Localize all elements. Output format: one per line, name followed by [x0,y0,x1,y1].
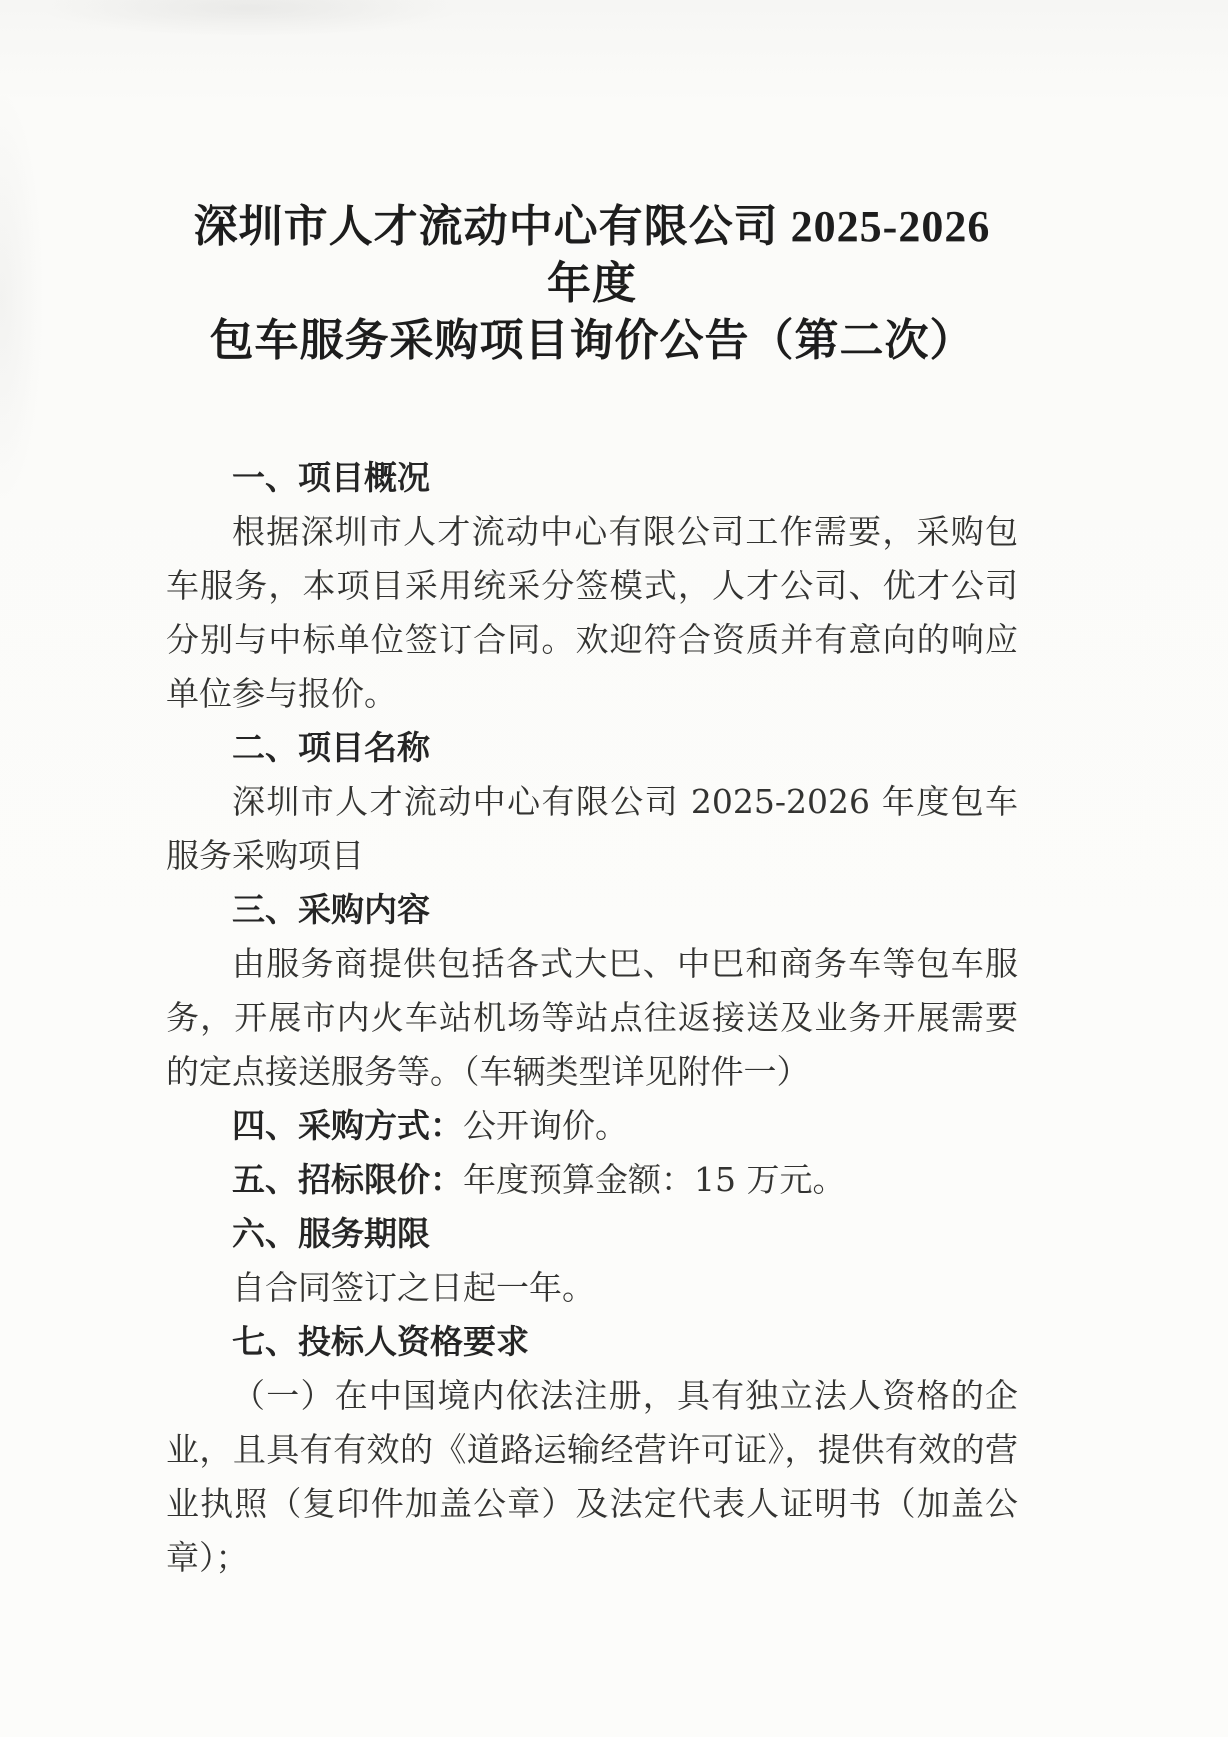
section-heading-project-overview: 一、项目概况 [166,451,1018,505]
paragraph-project-name: 深圳市人才流动中心有限公司 2025-2026 年度包车服务采购项目 [166,775,1018,883]
document-title-line-2: 包车服务采购项目询价公告（第二次） [166,312,1018,369]
document-body: 一、项目概况 根据深圳市人才流动中心有限公司工作需要，采购包车服务，本项目采用统… [166,451,1018,1585]
section-heading-bidder-qualifications: 七、投标人资格要求 [166,1315,1018,1369]
scanned-document-page: 深圳市人才流动中心有限公司 2025-2026 年度 包车服务采购项目询价公告（… [0,0,1228,1737]
document-title-line-1: 深圳市人才流动中心有限公司 2025-2026 年度 [166,198,1018,312]
price-limit-label: 五、招标限价： [232,1161,463,1198]
paragraph-service-period: 自合同签订之日起一年。 [166,1261,1018,1315]
section-heading-project-name: 二、项目名称 [166,721,1018,775]
paragraph-procurement-content: 由服务商提供包括各式大巴、中巴和商务车等包车服务，开展市内火车站机场等站点往返接… [166,937,1018,1099]
price-limit-value: 年度预算金额：15 万元。 [463,1160,845,1199]
section-heading-procurement-content: 三、采购内容 [166,883,1018,937]
document-title: 深圳市人才流动中心有限公司 2025-2026 年度 包车服务采购项目询价公告（… [166,198,1018,369]
announcement-document: 深圳市人才流动中心有限公司 2025-2026 年度 包车服务采购项目询价公告（… [166,198,1018,1585]
section-heading-service-period: 六、服务期限 [166,1207,1018,1261]
section-procurement-method: 四、采购方式：公开询价。 [166,1099,1018,1153]
section-price-limit: 五、招标限价：年度预算金额：15 万元。 [166,1153,1018,1207]
paragraph-project-overview: 根据深圳市人才流动中心有限公司工作需要，采购包车服务，本项目采用统采分签模式，人… [166,505,1018,721]
paragraph-bidder-qualifications: （一）在中国境内依法注册，具有独立法人资格的企业，且具有有效的《道路运输经营许可… [166,1369,1018,1585]
procurement-method-value: 公开询价。 [463,1106,628,1145]
procurement-method-label: 四、采购方式： [232,1107,463,1144]
